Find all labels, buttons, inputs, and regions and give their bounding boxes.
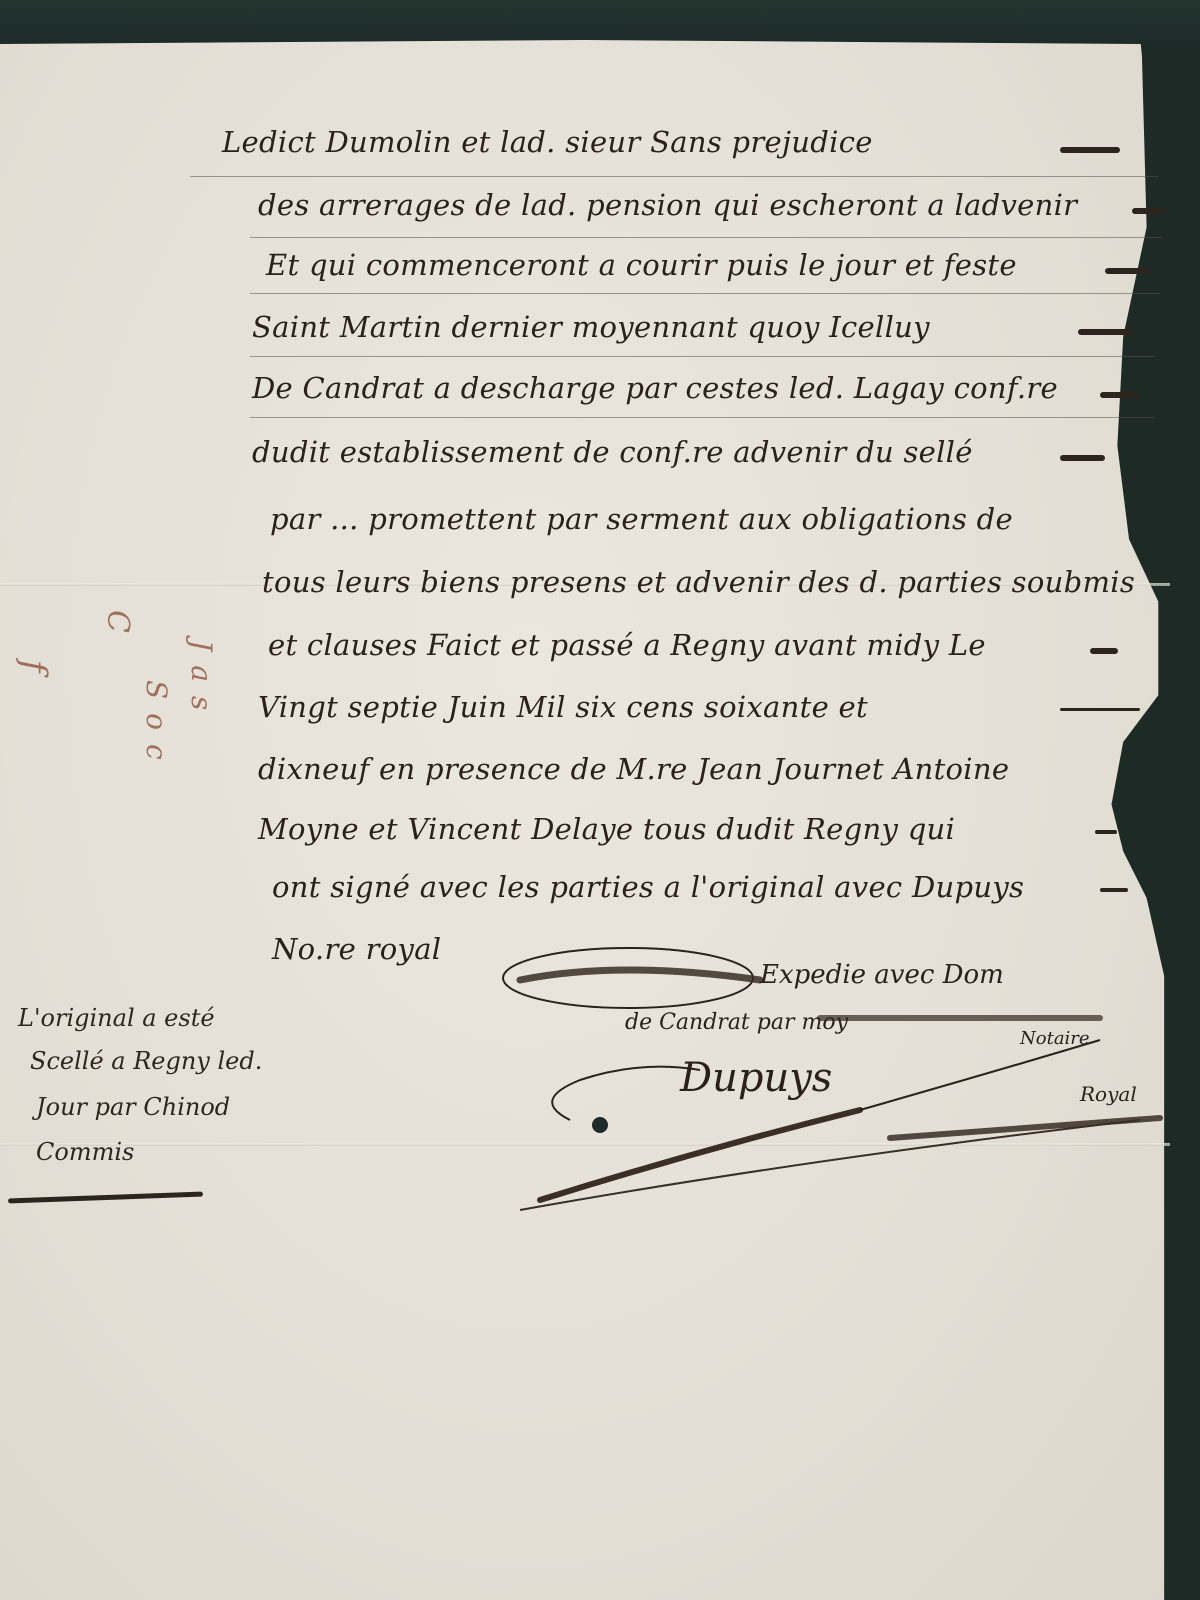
line-end-flourish [1100,888,1128,892]
body-line: Ledict Dumolin et lad. sieur Sans prejud… [222,125,873,159]
margin-note-line: Commis [36,1138,134,1166]
ink-bleed-through: Jas [185,640,218,724]
ruled-line [250,293,1160,294]
body-line: des arrerages de lad. pension qui escher… [258,188,1077,222]
expedition-note: de Candrat par moy [625,1010,848,1035]
body-line: No.re royal [272,932,441,966]
signature-block: Expedie avec Dom de Candrat par moy Dupu… [500,940,1180,1230]
line-end-flourish [1095,830,1117,834]
ruled-line [250,417,1155,418]
line-end-flourish [1090,648,1118,654]
line-end-flourish [1060,708,1140,711]
body-line: et clauses Faict et passé a Regny avant … [268,628,986,662]
ink-bleed-through: f [14,660,54,687]
body-line: Vingt septie Juin Mil six cens soixante … [258,690,868,724]
line-end-flourish [1132,208,1166,214]
notary-title: Royal [1080,1082,1137,1106]
margin-note-line: L'original a esté [18,1004,215,1032]
line-end-flourish [1078,329,1133,335]
ruled-line [190,176,1158,177]
margin-note-line: Jour par Chinod [36,1093,230,1121]
body-line: De Candrat a descharge par cestes led. L… [252,371,1058,405]
ink-bleed-through: Soc [140,680,173,774]
line-end-flourish [1105,268,1150,274]
body-line: tous leurs biens presens et advenir des … [262,565,1135,599]
ruled-line [250,356,1155,357]
body-line: dudit establissement de conf.re advenir … [252,435,973,469]
body-line: par ... promettent par serment aux oblig… [270,502,1013,536]
line-end-flourish [1100,392,1140,398]
ink-bleed-through: C [100,610,135,647]
expedition-note: Expedie avec Dom [760,960,1004,990]
body-line: Moyne et Vincent Delaye tous dudit Regny… [258,812,955,846]
line-end-flourish [1060,455,1105,461]
ruled-line [250,237,1162,238]
notary-title: Notaire [1020,1028,1090,1049]
body-line: Et qui commenceront a courir puis le jou… [266,248,1017,282]
margin-note-line: Scellé a Regny led. [30,1047,262,1075]
dark-background [0,0,1200,46]
line-end-flourish [1060,147,1120,153]
body-line: dixneuf en presence de M.re Jean Journet… [258,752,1009,786]
body-line: ont signé avec les parties a l'original … [272,870,1024,904]
notary-signature: Dupuys [680,1055,832,1101]
body-line: Saint Martin dernier moyennant quoy Icel… [252,310,930,344]
